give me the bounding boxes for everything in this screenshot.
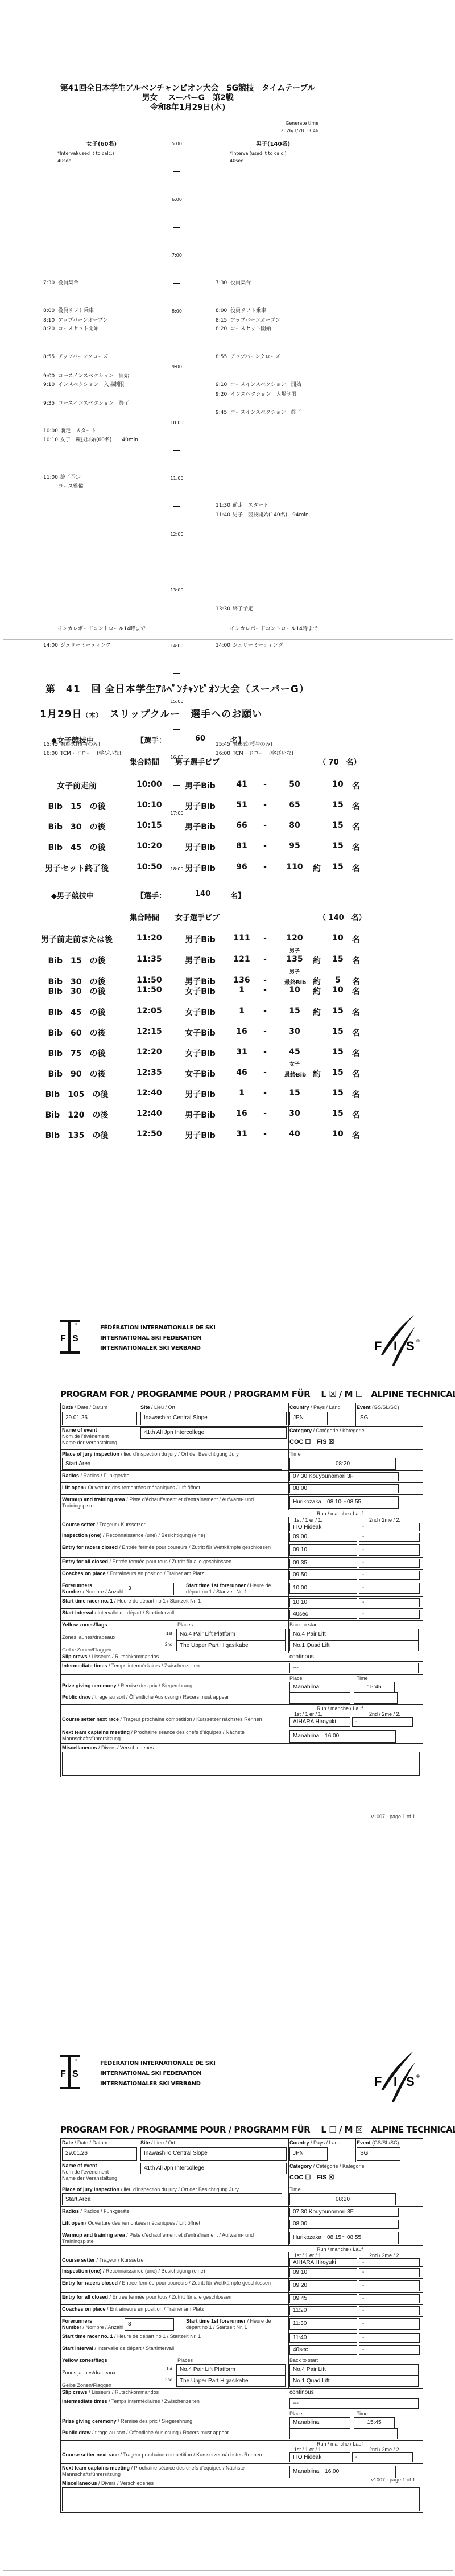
racer1-start-run2[interactable]: - [359, 2333, 420, 2343]
forerunners-number-field[interactable]: 3 [125, 2318, 174, 2331]
cell-from: 31 [233, 1129, 250, 1139]
coc-label: COC [289, 1439, 305, 1445]
cell-time: 12:40 [136, 1088, 159, 1098]
cell-cue: Bib 60 の後 [34, 1027, 119, 1038]
hour-label: 11:00 [167, 475, 187, 482]
site-field[interactable]: Inawashiro Central Slope [140, 1412, 287, 1425]
back-to-start-1[interactable]: No.4 Pair Lift [289, 1629, 419, 1640]
half-hour-tick [173, 618, 180, 618]
run1-header: 1st / 1 er / 1. [294, 2253, 322, 2258]
row-radios: Radios / Radios / Funkgeräte07:30 Kouyou… [61, 2207, 423, 2218]
event-label: インカレボードコントロール14時まで [57, 626, 146, 632]
event-label: 男子 競技開始(140名) 94min. [233, 512, 311, 518]
cell-time: 12:35 [136, 1068, 159, 1077]
hour-label: 8:00 [167, 308, 187, 314]
divider [288, 2185, 289, 2206]
hour-label: 14:00 [167, 643, 187, 649]
course-setter-run1[interactable]: AIHARA Hiroyuki [289, 2258, 357, 2267]
fis-label: FIS [311, 1439, 328, 1445]
athletes-unit: 名】 [230, 890, 245, 901]
entry-racers-closed-run2[interactable]: - [359, 1544, 420, 1556]
field-label: Country / Pays / Land [289, 1404, 341, 1411]
prize-time-field[interactable]: 15:45 [354, 1682, 395, 1693]
cell-to: 65 [284, 800, 305, 810]
cell-cue: Bib 45 の後 [34, 1006, 119, 1018]
yellow-zone-2[interactable]: The Upper Part Higasikabe [176, 2376, 286, 2387]
field-label: Place of jury inspection / lieu d'inspec… [62, 2187, 239, 2193]
cell-dash: - [262, 1006, 268, 1016]
org-name-line: INTERNATIONALER SKI VERBAND [100, 2079, 216, 2089]
yellow-zone-2[interactable]: The Upper Part Higasikabe [176, 1640, 286, 1651]
event-time: 14:00 [216, 643, 230, 649]
setter-next-run1[interactable]: ITO Hideaki [289, 2452, 350, 2462]
event-label: 前走 スタート [60, 428, 96, 434]
section-title: ◆男子競技中 [51, 890, 94, 901]
warmup-area-field[interactable]: Hurikozaka 08:15〜08:55 [289, 2232, 399, 2244]
svg-text:F: F [374, 2074, 382, 2089]
entry-all-closed-run1[interactable]: 09:45 [289, 2294, 357, 2303]
fis-organization-names: FÉDÉRATION INTERNATIONALE DE SKIINTERNAT… [100, 2059, 216, 2089]
yellow-zone-1[interactable]: No.4 Pair Lift Platform [176, 1629, 286, 1640]
setter-next-run2[interactable]: - [352, 2452, 413, 2462]
slash: / [336, 2125, 344, 2135]
coaches-on-place-run2[interactable]: - [359, 1571, 420, 1580]
cell-from: 41 [233, 780, 250, 789]
svg-text:F: F [60, 2069, 66, 2079]
column-header-bib: 女子選手ビブ [175, 911, 220, 922]
entry-all-closed-run2[interactable]: - [359, 1559, 420, 1568]
divider [288, 2305, 289, 2316]
timetable-event: 7:30役員集合 [43, 280, 78, 286]
program-for-label: PROGRAM FOR / PROGRAMME POUR / PROGRAMM … [60, 2125, 321, 2135]
field-label: ForerunnersNumber / Nombre / Anzahl [62, 1583, 123, 1595]
time-label: Time [289, 1451, 301, 1457]
org-name-line: INTERNATIONAL SKI FEDERATION [100, 2069, 216, 2079]
miscellaneous-field[interactable] [62, 1752, 420, 1776]
row-forerunners: ForerunnersNumber / Nombre / Anzahl3Star… [61, 2317, 423, 2332]
cell-group: 男子Bib [183, 821, 217, 832]
prize-place-field[interactable]: Manabiina [289, 2417, 350, 2429]
svg-text:®: ® [416, 2074, 420, 2079]
cell-from: 1 [233, 1006, 250, 1016]
cell-approx: 約 [313, 862, 321, 874]
cell-from: 111 [233, 934, 250, 943]
svg-text:I: I [394, 2074, 397, 2089]
entry-racers-closed-run1[interactable]: 09:20 [289, 2280, 357, 2291]
field-label: Event (GS/SL/SC) [357, 2140, 399, 2146]
back-to-start-2[interactable]: No.1 Quad Lift [289, 1640, 419, 1651]
entry-racers-closed-run2[interactable]: - [359, 2280, 420, 2291]
programme-form: Date / Date / Datum29.01.26Site / Lieu /… [60, 2138, 423, 2513]
ladies-checkbox[interactable]: ☒ [329, 1389, 336, 1399]
radios-field[interactable]: 07:30 Kouyounomori 3F [289, 1472, 399, 1481]
coaches-on-place-run1[interactable]: 11:20 [289, 2306, 357, 2315]
field-label: Lift open / Ouverture des remontées méca… [62, 1485, 284, 1491]
divider [288, 2356, 289, 2388]
row-course-setter: Run / manche / Lauf1st / 1 er / 1.2nd / … [61, 1510, 423, 1531]
divider [288, 2267, 289, 2278]
lift-open-field[interactable]: 08:00 [289, 2220, 399, 2229]
cell-cue: Bib 15 の後 [34, 955, 119, 966]
event-time: 9:35 [43, 401, 56, 407]
event-time: 8:00 [216, 308, 228, 314]
row-forerunners: ForerunnersNumber / Nombre / Anzahl3Star… [61, 1581, 423, 1597]
cell-to: 120 [284, 934, 305, 943]
event-name-field[interactable]: 41th All Jpn Intercollege [140, 2163, 287, 2174]
divider [288, 1531, 289, 1543]
cell-cue: 男子セット終了後 [34, 862, 119, 874]
radios-field[interactable]: 07:30 Kouyounomori 3F [289, 2208, 399, 2217]
cell-count: 15 [331, 955, 345, 964]
first-forerunner-run1[interactable]: 11:30 [289, 2318, 357, 2330]
run2-header: 2nd / 2me / 2. [369, 1711, 400, 1717]
prize-time-field[interactable]: 15:45 [354, 2417, 395, 2429]
country-field[interactable]: JPN [289, 1412, 328, 1425]
yellow-zone-1[interactable]: No.4 Pair Lift Platform [176, 2364, 286, 2376]
hour-label: 10:00 [167, 420, 187, 426]
row-entry-racers-closed: Entry for racers closed / Entrée fermée … [61, 1543, 423, 1558]
date-field[interactable]: 29.01.26 [62, 2147, 137, 2161]
field-label: Entry for all closed / Entrée fermée pou… [62, 1559, 284, 1565]
cell-cue: Bib 120 の後 [34, 1109, 119, 1120]
inspection-run1[interactable]: 09:10 [289, 2268, 357, 2277]
program-heading: PROGRAM FOR / PROGRAMME POUR / PROGRAMM … [60, 2123, 455, 2135]
event-time: 8:20 [43, 326, 56, 332]
divider [288, 1403, 289, 1426]
men-label: M [345, 2125, 355, 2135]
timetable-event: 9:00コースインスペクション 開始 [43, 373, 129, 380]
row-start-interval: Start interval / Intervalle de départ / … [61, 2344, 423, 2356]
back-to-start-1[interactable]: No.4 Pair Lift [289, 2364, 419, 2376]
athletes-label: 【選手： [136, 890, 166, 901]
page-divider [3, 2570, 453, 2571]
field-label: Coaches on place / Entraîneurs en positi… [62, 2306, 284, 2312]
run2-header: 2nd / 2me / 2. [369, 2447, 400, 2452]
field-label: Name of eventNom de l'événementName der … [62, 1427, 117, 1446]
cell-cue: 男子前走前または後 [34, 934, 119, 945]
racer1-start-run2[interactable]: - [359, 1598, 420, 1607]
start-interval-run1[interactable]: 40sec [289, 2345, 357, 2355]
discipline-label: ALPINE TECHNICAL [363, 2125, 455, 2135]
coc-checkbox[interactable]: ☐ [305, 2174, 311, 2181]
athletes-count: 60 [195, 734, 205, 743]
country-field[interactable]: JPN [289, 2147, 328, 2161]
row-entry-all-closed: Entry for all closed / Entrée fermée pou… [61, 2293, 423, 2305]
jury-time-field[interactable]: 08:20 [289, 2193, 396, 2205]
men-checkbox[interactable]: ☐ [355, 1389, 363, 1399]
first-forerunner-run2[interactable]: - [359, 2318, 420, 2330]
program-for-label: PROGRAM FOR / PROGRAMME POUR / PROGRAMM … [60, 1389, 321, 1399]
cell-group: 女子Bib [183, 1006, 217, 1018]
page-footer: v1007 - page 1 of 1 [341, 1814, 415, 1819]
event-time: 8:55 [216, 354, 228, 360]
event-field[interactable]: SG [357, 2147, 400, 2161]
half-hour-tick [173, 395, 180, 395]
svg-text:S: S [406, 2074, 415, 2089]
row-warmup-area: Warmup and training area / Piste d'échau… [61, 1495, 423, 1510]
divider [288, 1517, 289, 1531]
date-field[interactable]: 29.01.26 [62, 1412, 137, 1425]
men-header: 男子(140名) [256, 139, 290, 147]
draw-place-field[interactable] [289, 2428, 350, 2439]
field-label: Date / Date / Datum [62, 1404, 107, 1411]
generate-time-label: Generate time [267, 120, 318, 126]
svg-text:®: ® [416, 1338, 420, 1344]
field-label: Start time racer no. 1 / Heure de départ… [62, 1598, 284, 1604]
event-label: アップバーンオープン [58, 318, 108, 323]
jury-place-field[interactable]: Start Area [62, 2193, 282, 2205]
coc-checkbox[interactable]: ☐ [305, 1439, 311, 1445]
cell-cue: Bib 15 の後 [34, 800, 119, 812]
run-header: Run / manche / Lauf [317, 1511, 363, 1517]
timetable-event: 14:00ジュリーミーティング [216, 643, 283, 649]
slip-crew-row: Bib 15 の後10:10男子Bib51-6515名 [0, 800, 455, 812]
cell-dash: - [262, 821, 268, 830]
second-label: 2nd [165, 1642, 172, 1647]
inspection-run1[interactable]: 09:00 [289, 1533, 357, 1542]
divider [288, 1450, 289, 1470]
generate-time: 2026/1/28 13:46 [267, 128, 318, 134]
racer1-start-run1[interactable]: 10:10 [289, 1598, 357, 1607]
athletes-label: 【選手： [136, 734, 166, 745]
yellow-label: Yellow zones/flagsZones jaunes/drapeauxG… [62, 2357, 115, 2389]
start-interval-run2[interactable]: - [359, 1610, 420, 1619]
cell-time: 12:20 [136, 1047, 159, 1057]
run-header: Run / manche / Lauf [317, 1706, 363, 1711]
cell-to: 135 [284, 955, 305, 964]
event-label: 役員集合 [58, 280, 78, 286]
first-forerunner-run1[interactable]: 10:00 [289, 1583, 357, 1594]
divider [288, 2332, 289, 2344]
event-name-field[interactable]: 41th All Jpn Intercollege [140, 1427, 287, 1439]
back-to-start-label: Back to start [289, 2357, 318, 2364]
cell-cue: Bib 135 の後 [34, 1129, 119, 1141]
cell-time: 11:35 [136, 955, 159, 964]
fis-ski-logo-icon: FIS® [370, 2051, 427, 2102]
cell-unit: 名 [351, 821, 361, 832]
cell-count: 10 [331, 985, 345, 995]
racer1-start-run1[interactable]: 11:40 [289, 2333, 357, 2343]
column-total: （ 140 名） [318, 911, 366, 922]
athletes-unit: 名】 [230, 734, 245, 745]
svg-text:S: S [72, 2069, 78, 2079]
run1-header: 1st / 1 er / 1. [294, 2447, 322, 2452]
site-field[interactable]: Inawashiro Central Slope [140, 2147, 287, 2161]
back-to-start-label: Back to start [289, 1622, 318, 1628]
course-setter-run2[interactable]: - [359, 1523, 420, 1531]
warmup-area-field[interactable]: Hurikozaka 08:10〜08:55 [289, 1496, 399, 1509]
cell-count: 15 [331, 1006, 345, 1016]
event-label: 役員集合 [230, 280, 251, 286]
cell-count: 10 [331, 934, 345, 943]
forerunners-number-field[interactable]: 3 [125, 1583, 174, 1595]
cell-dash: - [262, 976, 268, 985]
cell-count: 15 [331, 1109, 345, 1118]
draw-time-field[interactable] [354, 2428, 398, 2439]
timetable-event: 8:15アップバーンオープン [216, 318, 280, 324]
half-hour-tick [173, 339, 180, 339]
field-label: Entry for racers closed / Entrée fermée … [62, 1544, 284, 1551]
intermediate-times-field[interactable]: --- [289, 2398, 419, 2409]
places-label: Places [177, 1622, 193, 1628]
setter-next-run2[interactable]: - [352, 1717, 413, 1727]
svg-text:S: S [406, 1339, 415, 1353]
captains-meeting-field[interactable]: Manabiina 16:00 [289, 1730, 396, 1743]
cell-count: 15 [331, 821, 345, 830]
field-label: Start time 1st forerunner / Heure de dép… [186, 1583, 286, 1595]
divider [288, 2207, 289, 2218]
fis-checkbox[interactable]: ☒ [329, 2174, 334, 2181]
discipline-label: ALPINE TECHNICAL [363, 1389, 455, 1399]
cell-unit: 名 [351, 862, 361, 874]
fis-ski-logo-icon: FIS® [370, 1315, 427, 1366]
cell-dash: - [262, 934, 268, 943]
cell-group: 男子Bib [183, 780, 217, 791]
divider [288, 1471, 289, 1482]
slip-crew-subtitle-text: スリップクルー 選手へのお願い [110, 709, 262, 720]
row-lift-open: Lift open / Ouverture des remontées méca… [61, 2218, 423, 2230]
entry-all-closed-run2[interactable]: - [359, 2294, 420, 2303]
first-forerunner-run2[interactable]: - [359, 1583, 420, 1594]
event-label: TCM・ドロー (学びいな) [60, 751, 121, 757]
coaches-on-place-run1[interactable]: 09:50 [289, 1571, 357, 1580]
divider [288, 2317, 289, 2332]
fis-checkbox[interactable]: ☒ [329, 1439, 334, 1445]
inspection-run2[interactable]: - [359, 2268, 420, 2277]
cell-approx: 約 [313, 985, 321, 997]
prize-place-field[interactable]: Manabiina [289, 1682, 350, 1693]
timetable-event: インカレボードコントロール14時まで [230, 626, 318, 632]
draw-time-field[interactable] [354, 1692, 398, 1704]
cell-unit: 名 [351, 780, 361, 791]
field-label: Course setter next race / Traçeur procha… [62, 1716, 284, 1723]
men-interval-note: *Interval(used it to calc.) [230, 150, 287, 157]
fis-label: FIS [311, 2174, 328, 2181]
athletes-count: 140 [195, 890, 210, 898]
event-label: ジュリーミーティング [233, 643, 283, 648]
first-label: 1st [166, 1631, 172, 1636]
run1-header: 1st / 1 er / 1. [294, 1711, 322, 1717]
timetable-event: 9:45コースインスペクション 終了 [216, 410, 301, 416]
org-name-line: INTERNATIONAL SKI FEDERATION [100, 1333, 216, 1344]
row-lift-open: Lift open / Ouverture des remontées méca… [61, 1483, 423, 1495]
column-header-time: 集合時間 [130, 756, 159, 767]
timetable-event: 8:55アップバーンクローズ [43, 354, 108, 360]
hour-label: 5:00 [167, 141, 187, 147]
field-label: Date / Date / Datum [62, 2140, 107, 2146]
cell-group: 男子Bib [183, 1129, 217, 1141]
cell-group: 女子Bib [183, 1047, 217, 1059]
cell-unit: 名 [351, 934, 361, 945]
cell-unit: 名 [351, 1027, 361, 1038]
fis-form-ladies: FS®FÉDÉRATION INTERNATIONALE DE SKIINTER… [0, 1309, 455, 1879]
cell-to: 80 [284, 821, 305, 830]
back-to-start-2[interactable]: No.1 Quad Lift [289, 2376, 419, 2387]
timetable-event: コース整備 [43, 484, 84, 490]
half-hour-tick [173, 171, 180, 172]
entry-all-closed-run1[interactable]: 09:35 [289, 1559, 357, 1568]
field-label: Inspection (one) / Reconnaissance (une) … [62, 1533, 284, 1539]
timetable-event: 9:35コースインスペクション 終了 [43, 401, 129, 407]
cell-time: 10:20 [136, 841, 159, 851]
cell-group: 男子Bib [183, 1109, 217, 1120]
row-date-site: Date / Date / Datum29.01.26Site / Lieu /… [61, 2139, 423, 2162]
timetable-event: 8:20コースセット開始 [43, 326, 99, 332]
coaches-on-place-run2[interactable]: - [359, 2306, 420, 2315]
field-label: Entry for all closed / Entrée fermée pou… [62, 2294, 284, 2300]
captains-meeting-field[interactable]: Manabiina 16:00 [289, 2466, 396, 2478]
field-label: Category / Catégorie / Kategorie [289, 1428, 365, 1434]
page-divider [3, 1283, 453, 1283]
course-setter-run2[interactable]: - [359, 2258, 420, 2267]
jury-place-field[interactable]: Start Area [62, 1458, 282, 1470]
entry-racers-closed-run1[interactable]: 09:10 [289, 1544, 357, 1556]
field-label: Start interval / Intervalle de départ / … [62, 2345, 284, 2352]
yellow-label: Yellow zones/flagsZones jaunes/drapeauxG… [62, 1622, 115, 1653]
field-label: Place of jury inspection / lieu d'inspec… [62, 1451, 239, 1457]
event-label: ジュリーミーティング [60, 643, 111, 648]
event-time: 8:20 [216, 326, 228, 332]
field-label: Intermediate times / Temps intermédiaire… [62, 1663, 200, 1669]
second-label: 2nd [165, 2377, 172, 2382]
field-label: Next team captains meeting / Prochaine s… [62, 1729, 284, 1742]
miscellaneous-field[interactable] [62, 2487, 420, 2511]
places-label: Places [177, 2357, 193, 2364]
start-interval-run2[interactable]: - [359, 2345, 420, 2355]
course-setter-run1[interactable]: ITO Hideaki [289, 1523, 357, 1531]
field-label: Site / Lieu / Ort [140, 1404, 175, 1411]
cell-from: 1 [233, 1088, 250, 1098]
men-checkbox[interactable]: ☒ [355, 2125, 363, 2135]
lift-open-field[interactable]: 08:00 [289, 1484, 399, 1493]
category-options: COC ☐ FIS ☒ [289, 2172, 334, 2181]
event-label: コースインスペクション 開始 [58, 373, 129, 379]
slip-crew-row: Bib 30 の後10:15男子Bib66-8015名 [0, 821, 455, 832]
cell-to: 30 [284, 1109, 305, 1118]
cell-to: 30 [284, 1027, 305, 1036]
cell-cue: Bib 105 の後 [34, 1088, 119, 1100]
jury-time-field[interactable]: 08:20 [289, 1458, 396, 1470]
hour-label: 15:00 [167, 699, 187, 705]
divider [288, 2344, 289, 2356]
row-warmup-area: Warmup and training area / Piste d'échau… [61, 2230, 423, 2246]
event-time: 15:45 [216, 742, 230, 748]
hour-label: 12:00 [167, 531, 187, 537]
intermediate-times-field[interactable]: --- [289, 1663, 419, 1673]
place-label: Place [289, 2411, 303, 2417]
draw-place-field[interactable] [289, 1692, 350, 1704]
cell-count: 15 [331, 1047, 345, 1057]
event-time: 9:20 [216, 392, 228, 398]
run-header: Run / manche / Lauf [317, 2441, 363, 2447]
column-total: （ 70 名） [318, 756, 361, 767]
row-jury-inspection: Place of jury inspection / lieu d'inspec… [61, 2185, 423, 2207]
inspection-run2[interactable]: - [359, 1533, 420, 1542]
row-racer1-start: Start time racer no. 1 / Heure de départ… [61, 2332, 423, 2344]
setter-next-run1[interactable]: AIHARA Hiroyuki [289, 1717, 350, 1727]
cell-dash: - [262, 1027, 268, 1036]
start-interval-run1[interactable]: 40sec [289, 1610, 357, 1619]
cell-dash: - [262, 841, 268, 851]
event-time: 9:45 [216, 410, 228, 416]
cell-count: 15 [331, 1068, 345, 1077]
cell-time: 11:50 [136, 985, 159, 995]
program-heading: PROGRAM FOR / PROGRAMME POUR / PROGRAMM … [60, 1388, 455, 1400]
cell-from: 16 [233, 1109, 250, 1118]
ladies-checkbox[interactable]: ☐ [329, 2125, 336, 2135]
event-time: 7:30 [216, 280, 228, 286]
event-field[interactable]: SG [357, 1412, 400, 1425]
